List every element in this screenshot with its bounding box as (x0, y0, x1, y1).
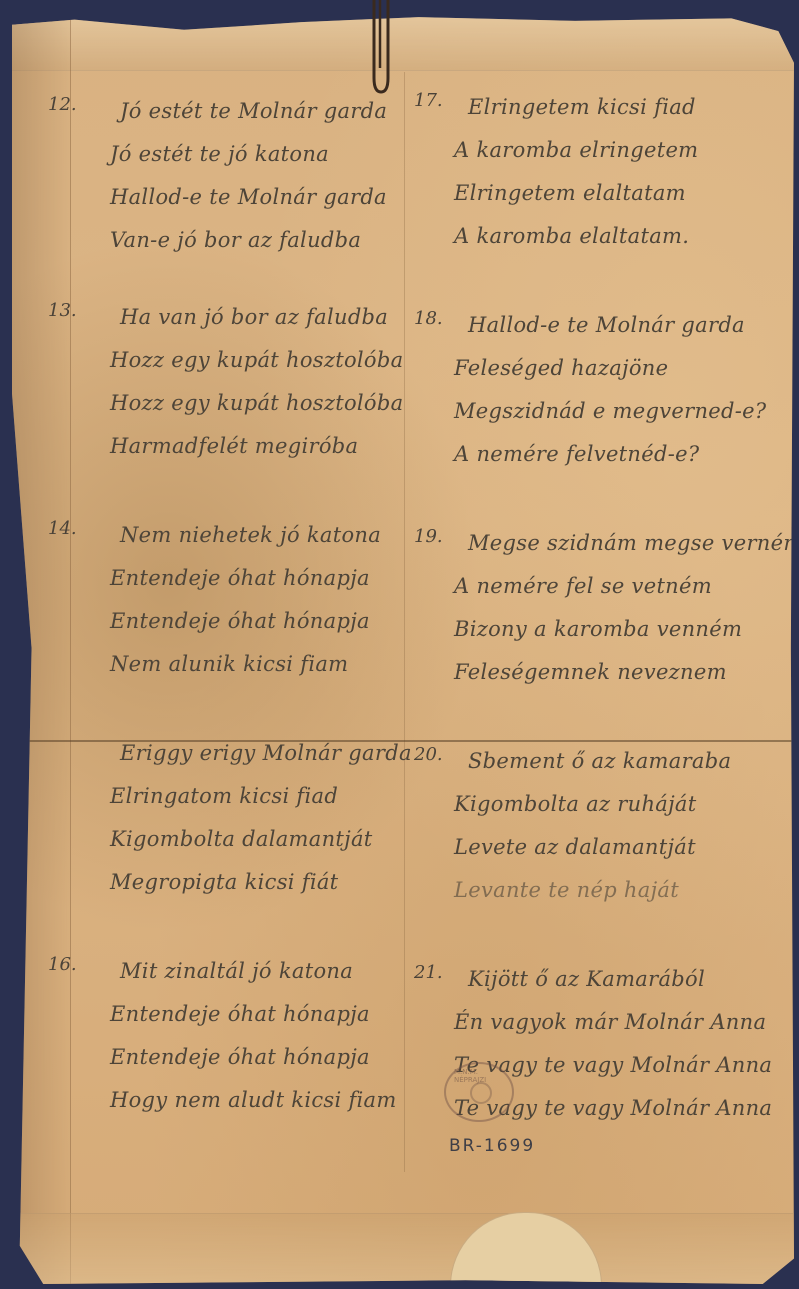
stanza-number: 21. (414, 962, 443, 983)
verse-line: A nemére fel se vetném (410, 565, 780, 608)
stanza-number: 20. (414, 744, 443, 765)
archive-stamp: M.N.M. NÉPRAJZI (444, 1062, 514, 1122)
verse-line: Entendeje óhat hónapja (62, 557, 402, 600)
verse-line: A nemére felvetnéd-e? (410, 433, 780, 476)
stanza-number: 12. (48, 94, 77, 115)
verse-line: Mit zinaltál jó katona (62, 950, 402, 993)
verse-line: Nem alunik kicsi fiam (62, 643, 402, 686)
verse-line: Eriggy erigy Molnár garda (62, 732, 402, 775)
stanza-18: 18. Hallod-e te Molnár garda Feleséged h… (410, 304, 780, 476)
verse-line: Feleséged hazajöne (410, 347, 780, 390)
stanza-number: 13. (48, 300, 77, 321)
verse-line: Megse szidnám megse verném (410, 522, 780, 565)
stanza-13: 13. Ha van jó bor az faludba Hozz egy ku… (62, 296, 402, 468)
verse-line: Hogy nem aludt kicsi fiam (62, 1079, 402, 1122)
verse-line: Megszidnád e megverned-e? (410, 390, 780, 433)
verse-line: Nem niehetek jó katona (62, 514, 402, 557)
stanza-14: 14. Nem niehetek jó katona Entendeje óha… (62, 514, 402, 686)
manuscript-page: 12. Jó estét te Molnár garda Jó estét te… (12, 12, 794, 1284)
verse-line: Feleségemnek neveznem (410, 651, 780, 694)
left-column: 12. Jó estét te Molnár garda Jó estét te… (62, 90, 402, 1168)
stanza-number: 16. (48, 954, 77, 975)
stanza-16: 16. Mit zinaltál jó katona Entendeje óha… (62, 950, 402, 1122)
stanza-17: 17. Elringetem kicsi fiad A karomba elri… (410, 86, 780, 258)
verse-line: Jó estét te Molnár garda (62, 90, 402, 133)
verse-line: Ha van jó bor az faludba (62, 296, 402, 339)
verse-line: Hallod-e te Molnár garda (62, 176, 402, 219)
verse-line: A karomba elaltatam. (410, 215, 780, 258)
verse-line: Elringetem kicsi fiad (410, 86, 780, 129)
verse-line: Entendeje óhat hónapja (62, 600, 402, 643)
verse-line: Hallod-e te Molnár garda (410, 304, 780, 347)
column-fold-line (404, 72, 405, 1172)
stamp-emblem-icon (470, 1082, 492, 1104)
verse-line: Kijött ő az Kamarából (410, 958, 780, 1001)
tape-strip-top (12, 12, 794, 71)
stanza-19: 19. Megse szidnám megse verném A nemére … (410, 522, 780, 694)
verse-line: Én vagyok már Molnár Anna (410, 1001, 780, 1044)
stanza-12: 12. Jó estét te Molnár garda Jó estét te… (62, 90, 402, 262)
verse-line: Bizony a karomba venném (410, 608, 780, 651)
verse-line: Elringatom kicsi fiad (62, 775, 402, 818)
verse-line: Hozz egy kupát hosztolóba (62, 382, 402, 425)
verse-line: Hozz egy kupát hosztolóba (62, 339, 402, 382)
stanza-20: 20. Sbement ő az kamaraba Kigombolta az … (410, 740, 780, 912)
verse-line: Levante te nép haját (410, 869, 780, 912)
verse-line: Levete az dalamantját (410, 826, 780, 869)
stanza-number: 17. (414, 90, 443, 111)
paperclip-icon (366, 0, 396, 98)
stanza-number: 19. (414, 526, 443, 547)
verse-line: Kigombolta dalamantját (62, 818, 402, 861)
verse-line: A karomba elringetem (410, 129, 780, 172)
tape-strip-bottom (12, 1213, 794, 1284)
verse-line: Harmadfelét megiróba (62, 425, 402, 468)
verse-line: Van-e jó bor az faludba (62, 219, 402, 262)
shelfmark-number: BR-1699 (449, 1136, 535, 1156)
verse-line: Jó estét te jó katona (62, 133, 402, 176)
verse-line: Sbement ő az kamaraba (410, 740, 780, 783)
verse-line: Elringetem elaltatam (410, 172, 780, 215)
verse-line: Entendeje óhat hónapja (62, 993, 402, 1036)
verse-line: Megropigta kicsi fiát (62, 861, 402, 904)
stanza-number: 14. (48, 518, 77, 539)
verse-line: Kigombolta az ruháját (410, 783, 780, 826)
stanza-15: 15. Eriggy erigy Molnár garda Elringatom… (62, 732, 402, 904)
verse-line: Entendeje óhat hónapja (62, 1036, 402, 1079)
right-column: 17. Elringetem kicsi fiad A karomba elri… (410, 86, 780, 1176)
stanza-number: 18. (414, 308, 443, 329)
